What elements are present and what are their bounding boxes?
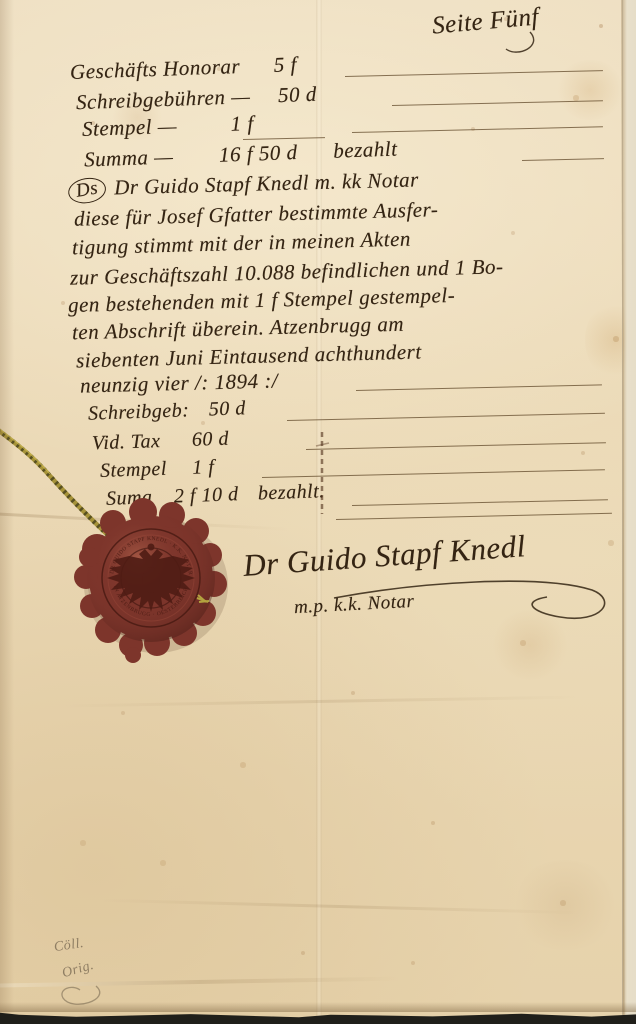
rule-line bbox=[352, 499, 608, 506]
fee-label: Schreibgebühren — bbox=[76, 84, 251, 114]
svg-text:IN ATZENBRUGG · OESTERREICH: IN ATZENBRUGG · OESTERREICH bbox=[112, 585, 190, 618]
fee-row: Schreibgeb: 50 d bbox=[88, 397, 247, 425]
fee-amount: 1 f bbox=[192, 456, 215, 479]
body-text: Dr Guido Stapf Knedl m. kk Notar bbox=[114, 167, 419, 199]
fee-note: bezahlt. bbox=[258, 480, 326, 504]
crease-line bbox=[60, 695, 580, 707]
fee-row: Summa — 16 f 50 d bezahlt bbox=[84, 137, 398, 173]
fee-amount: 50 d bbox=[208, 397, 246, 420]
fee-label: Summa — bbox=[84, 144, 174, 171]
scanned-document: Seite Fünf Geschäfts Honorar 5 f Schreib… bbox=[0, 0, 636, 1024]
pencil-note: Orig. bbox=[60, 958, 96, 982]
body-line: neunzig vier /: 1894 :/ bbox=[80, 368, 279, 398]
rule-line bbox=[287, 413, 605, 421]
double-eagle-emblem bbox=[107, 544, 195, 613]
signature-name: Dr Guido Stapf Knedl bbox=[242, 528, 527, 584]
fee-label: Geschäfts Honorar bbox=[70, 54, 241, 84]
crease-line bbox=[100, 899, 580, 915]
rule-line bbox=[262, 469, 605, 478]
fee-note: bezahlt bbox=[333, 137, 398, 163]
svg-text:DR GUIDO STAPF KNEDL · K.K. NO: DR GUIDO STAPF KNEDL · K.K. NOTAR bbox=[109, 536, 193, 576]
signature-title: m.p. k.k. Notar bbox=[294, 591, 415, 619]
rule-line bbox=[356, 384, 602, 391]
seal-ring-text-bottom: IN ATZENBRUGG · OESTERREICH bbox=[112, 585, 190, 618]
fee-amount: 50 d bbox=[278, 82, 318, 107]
fee-label: Schreibgeb: bbox=[88, 399, 190, 425]
rule-line bbox=[306, 442, 606, 450]
crease-line bbox=[0, 977, 400, 988]
fee-label: Suma bbox=[106, 486, 153, 510]
stain bbox=[555, 60, 625, 120]
rule-line bbox=[392, 100, 603, 106]
bottom-edge-shadow bbox=[0, 1002, 636, 1012]
wax-seal: DR GUIDO STAPF KNEDL · K.K. NOTAR IN ATZ… bbox=[74, 498, 228, 663]
rule-line bbox=[522, 158, 604, 161]
fee-amount: 16 f 50 d bbox=[219, 140, 298, 167]
stain bbox=[510, 860, 620, 950]
seal-ring-text-top: DR GUIDO STAPF KNEDL · K.K. NOTAR bbox=[109, 536, 193, 576]
rule-line bbox=[352, 126, 603, 133]
fee-row: Vid. Tax 60 d bbox=[92, 428, 230, 456]
pencil-note: Cöll. bbox=[53, 936, 85, 956]
fee-row: Suma 2 f 10 d bezahlt. bbox=[106, 480, 325, 511]
fee-amount: 60 d bbox=[192, 428, 230, 451]
body-line: tigung stimmt mit der in meinen Akten bbox=[72, 227, 411, 261]
crease-line bbox=[0, 512, 290, 531]
fee-amount: 2 f 10 d bbox=[174, 483, 239, 507]
fee-row: Stempel — 1 f bbox=[82, 111, 255, 142]
fee-label: Stempel — bbox=[82, 114, 178, 141]
fee-row: Stempel 1 f bbox=[100, 456, 215, 483]
fee-label: Stempel bbox=[100, 458, 168, 482]
rule-line bbox=[345, 70, 603, 77]
fee-row: Schreibgebühren — 50 d bbox=[76, 82, 318, 115]
stain bbox=[490, 610, 570, 680]
page-label-flourish bbox=[506, 32, 534, 52]
left-paper-edge bbox=[0, 0, 14, 1024]
fee-amount: 1 f bbox=[230, 111, 254, 136]
marginal-mark: Ds bbox=[66, 175, 108, 206]
cord-tuft bbox=[197, 595, 209, 602]
right-paper-edge bbox=[622, 0, 636, 1024]
fee-row: Geschäfts Honorar 5 f bbox=[70, 52, 298, 85]
fee-label: Vid. Tax bbox=[92, 430, 161, 454]
rule-line bbox=[336, 513, 612, 520]
page-label: Seite Fünf bbox=[431, 3, 540, 40]
fee-amount: 5 f bbox=[273, 52, 297, 77]
